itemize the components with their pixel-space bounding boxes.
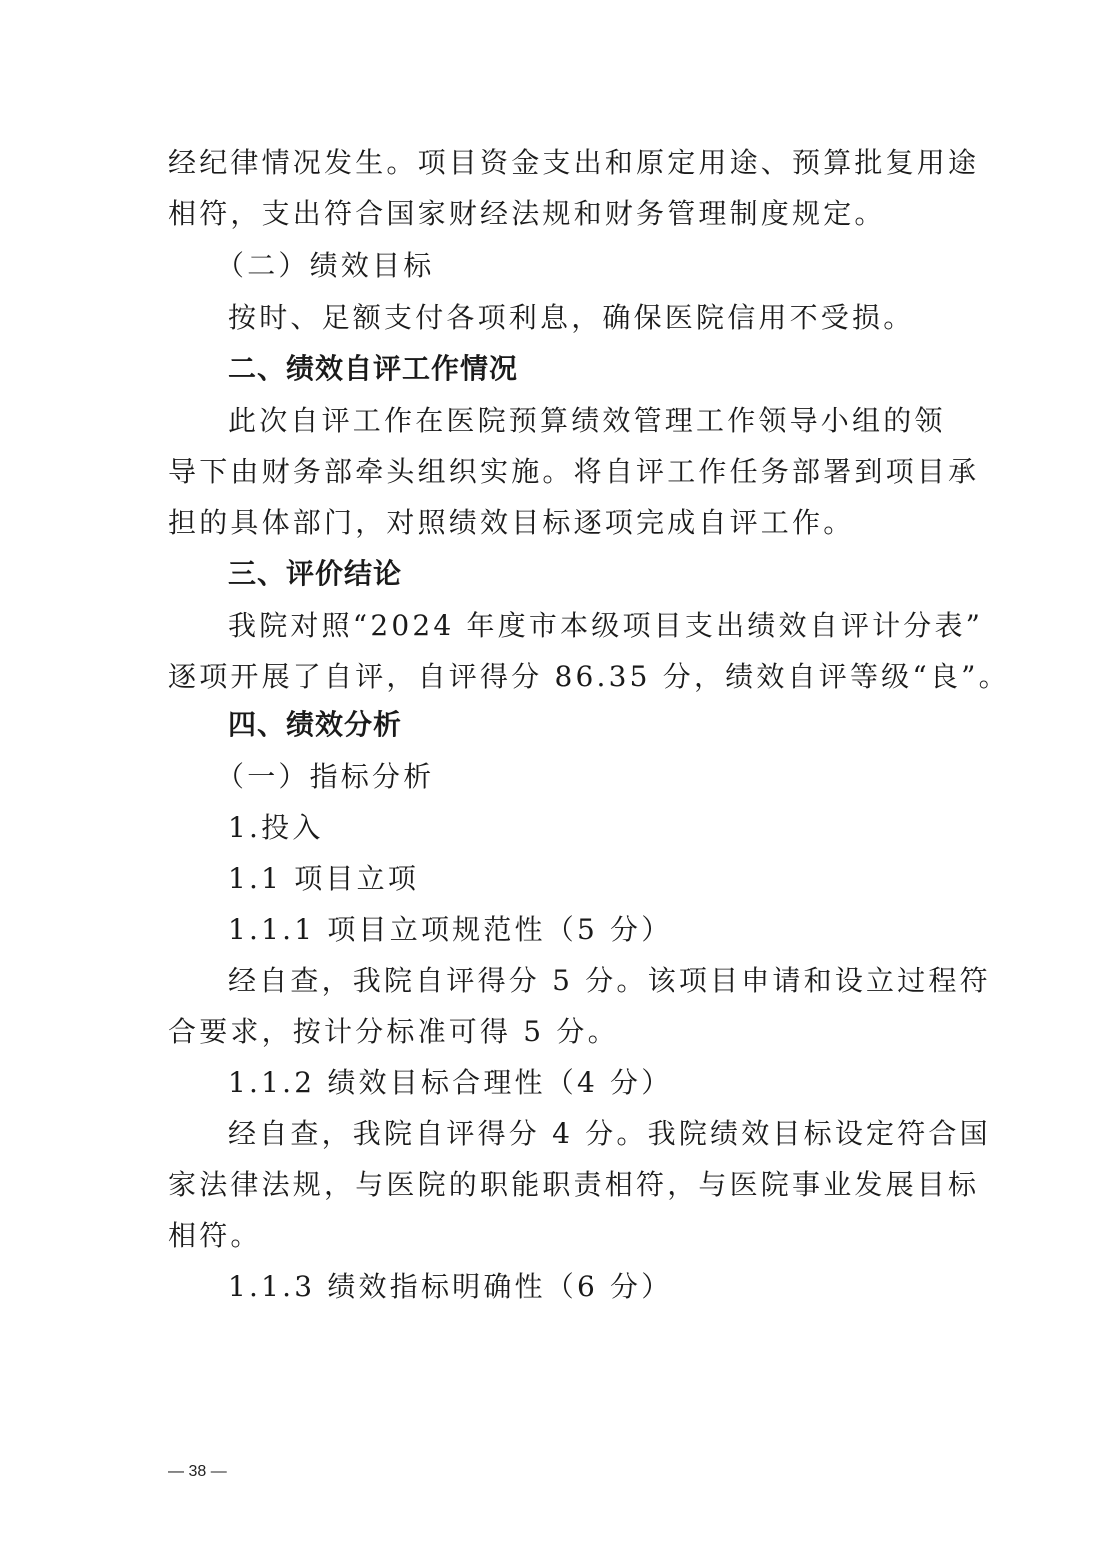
document-page: 经纪律情况发生。项目资金支出和原定用途、预算批复用途 相符，支出符合国家财经法规… xyxy=(0,0,1100,1555)
subsection-heading: （一）指标分析 xyxy=(216,757,986,797)
section-heading: 二、绩效自评工作情况 xyxy=(228,349,998,389)
item-heading: 1.1 项目立项 xyxy=(228,859,998,899)
body-text: 我院对照“2024 年度市本级项目支出绩效自评计分表” xyxy=(228,606,998,646)
page-number: — 38 — xyxy=(168,1463,227,1481)
body-text: 导下由财务部牵头组织实施。将自评工作任务部署到项目承 xyxy=(168,452,938,492)
section-heading: 三、评价结论 xyxy=(228,554,998,594)
body-text: 逐项开展了自评，自评得分 86.35 分，绩效自评等级“良”。 xyxy=(168,657,938,697)
body-text: 按时、足额支付各项利息，确保医院信用不受损。 xyxy=(228,298,998,338)
body-text: 经自查，我院自评得分 5 分。该项目申请和设立过程符 xyxy=(228,961,998,1001)
body-text: 相符。 xyxy=(168,1216,938,1256)
body-text: 合要求，按计分标准可得 5 分。 xyxy=(168,1012,938,1052)
item-heading: 1.1.1 项目立项规范性（5 分） xyxy=(228,910,998,950)
section-heading: 四、绩效分析 xyxy=(228,705,998,745)
body-text: 经纪律情况发生。项目资金支出和原定用途、预算批复用途 xyxy=(168,143,938,183)
body-text: 此次自评工作在医院预算绩效管理工作领导小组的领 xyxy=(228,401,998,441)
item-heading: 1.投入 xyxy=(228,808,998,848)
subsection-heading: （二）绩效目标 xyxy=(216,246,986,286)
item-heading: 1.1.3 绩效指标明确性（6 分） xyxy=(228,1267,998,1307)
body-text: 担的具体部门，对照绩效目标逐项完成自评工作。 xyxy=(168,503,938,543)
body-text: 家法律法规，与医院的职能职责相符，与医院事业发展目标 xyxy=(168,1165,938,1205)
item-heading: 1.1.2 绩效目标合理性（4 分） xyxy=(228,1063,998,1103)
body-text: 经自查，我院自评得分 4 分。我院绩效目标设定符合国 xyxy=(228,1114,998,1154)
body-text: 相符，支出符合国家财经法规和财务管理制度规定。 xyxy=(168,194,938,234)
